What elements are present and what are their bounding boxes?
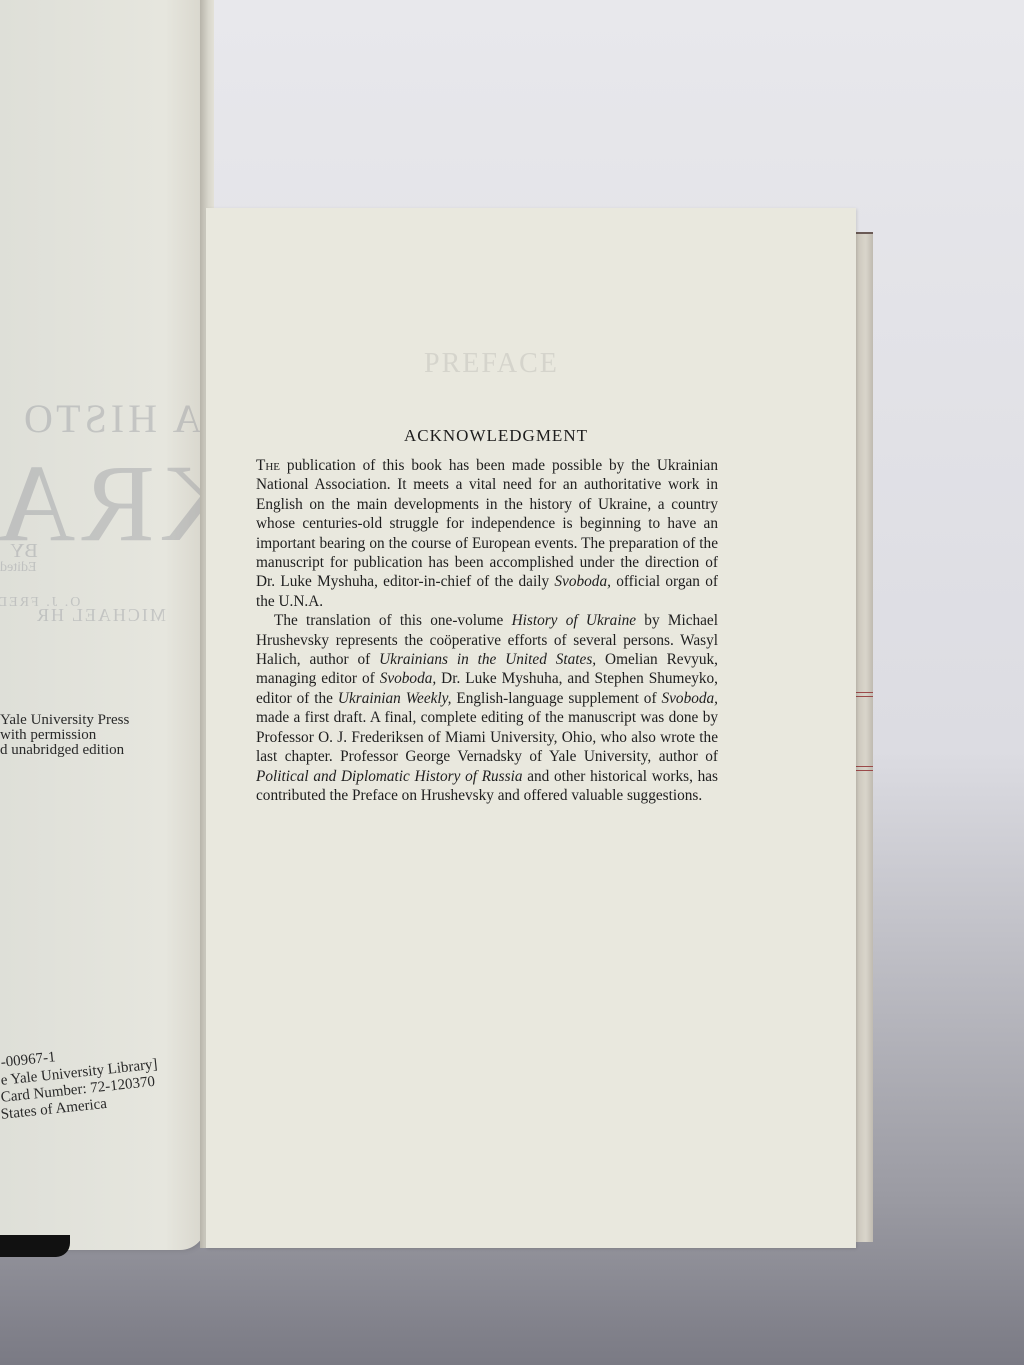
text-run: made a first draft. A final, complete ed… xyxy=(256,709,718,765)
lead-word: The xyxy=(256,457,280,474)
book-cover-corner xyxy=(0,1235,70,1257)
cover-stripe xyxy=(855,766,873,771)
show-through-title: A HISTO xyxy=(20,395,202,442)
italic-run: Political and Diplomatic History of Russ… xyxy=(256,768,523,785)
imprint-line: d unabridged edition xyxy=(0,742,124,758)
imprint-line: Yale University Press xyxy=(0,712,129,728)
left-page: A HISTO UKRA BY MICHAEL HR Edited O. J. … xyxy=(0,0,206,1250)
italic-run: Ukrainians in the United States, xyxy=(379,651,596,668)
acknowledgment-section: ACKNOWLEDGMENT The publication of this b… xyxy=(256,420,718,805)
show-through-text: Edited xyxy=(0,560,37,576)
show-through-heading: PREFACE xyxy=(424,348,559,380)
paragraph: The translation of this one-volume Histo… xyxy=(256,611,718,805)
cover-stripe xyxy=(855,692,873,697)
show-through-text: O. J. FRED xyxy=(0,595,80,611)
imprint-line: with permission xyxy=(0,727,96,743)
italic-run: Svoboda, xyxy=(554,573,611,590)
paragraph: The publication of this book has been ma… xyxy=(256,456,718,611)
italic-run: Svoboda, xyxy=(661,690,718,707)
book-cover-edge xyxy=(855,232,873,1242)
italic-run: Ukrainian Weekly, xyxy=(338,690,452,707)
text-run: The translation of this one-volume xyxy=(274,612,512,629)
text-run: publication of this book has been made p… xyxy=(256,457,718,590)
italic-run: History of Ukraine xyxy=(512,612,636,629)
italic-run: Svoboda, xyxy=(380,670,437,687)
text-run: English-language supplement of xyxy=(451,690,661,707)
page-heading: ACKNOWLEDGMENT xyxy=(256,426,718,446)
